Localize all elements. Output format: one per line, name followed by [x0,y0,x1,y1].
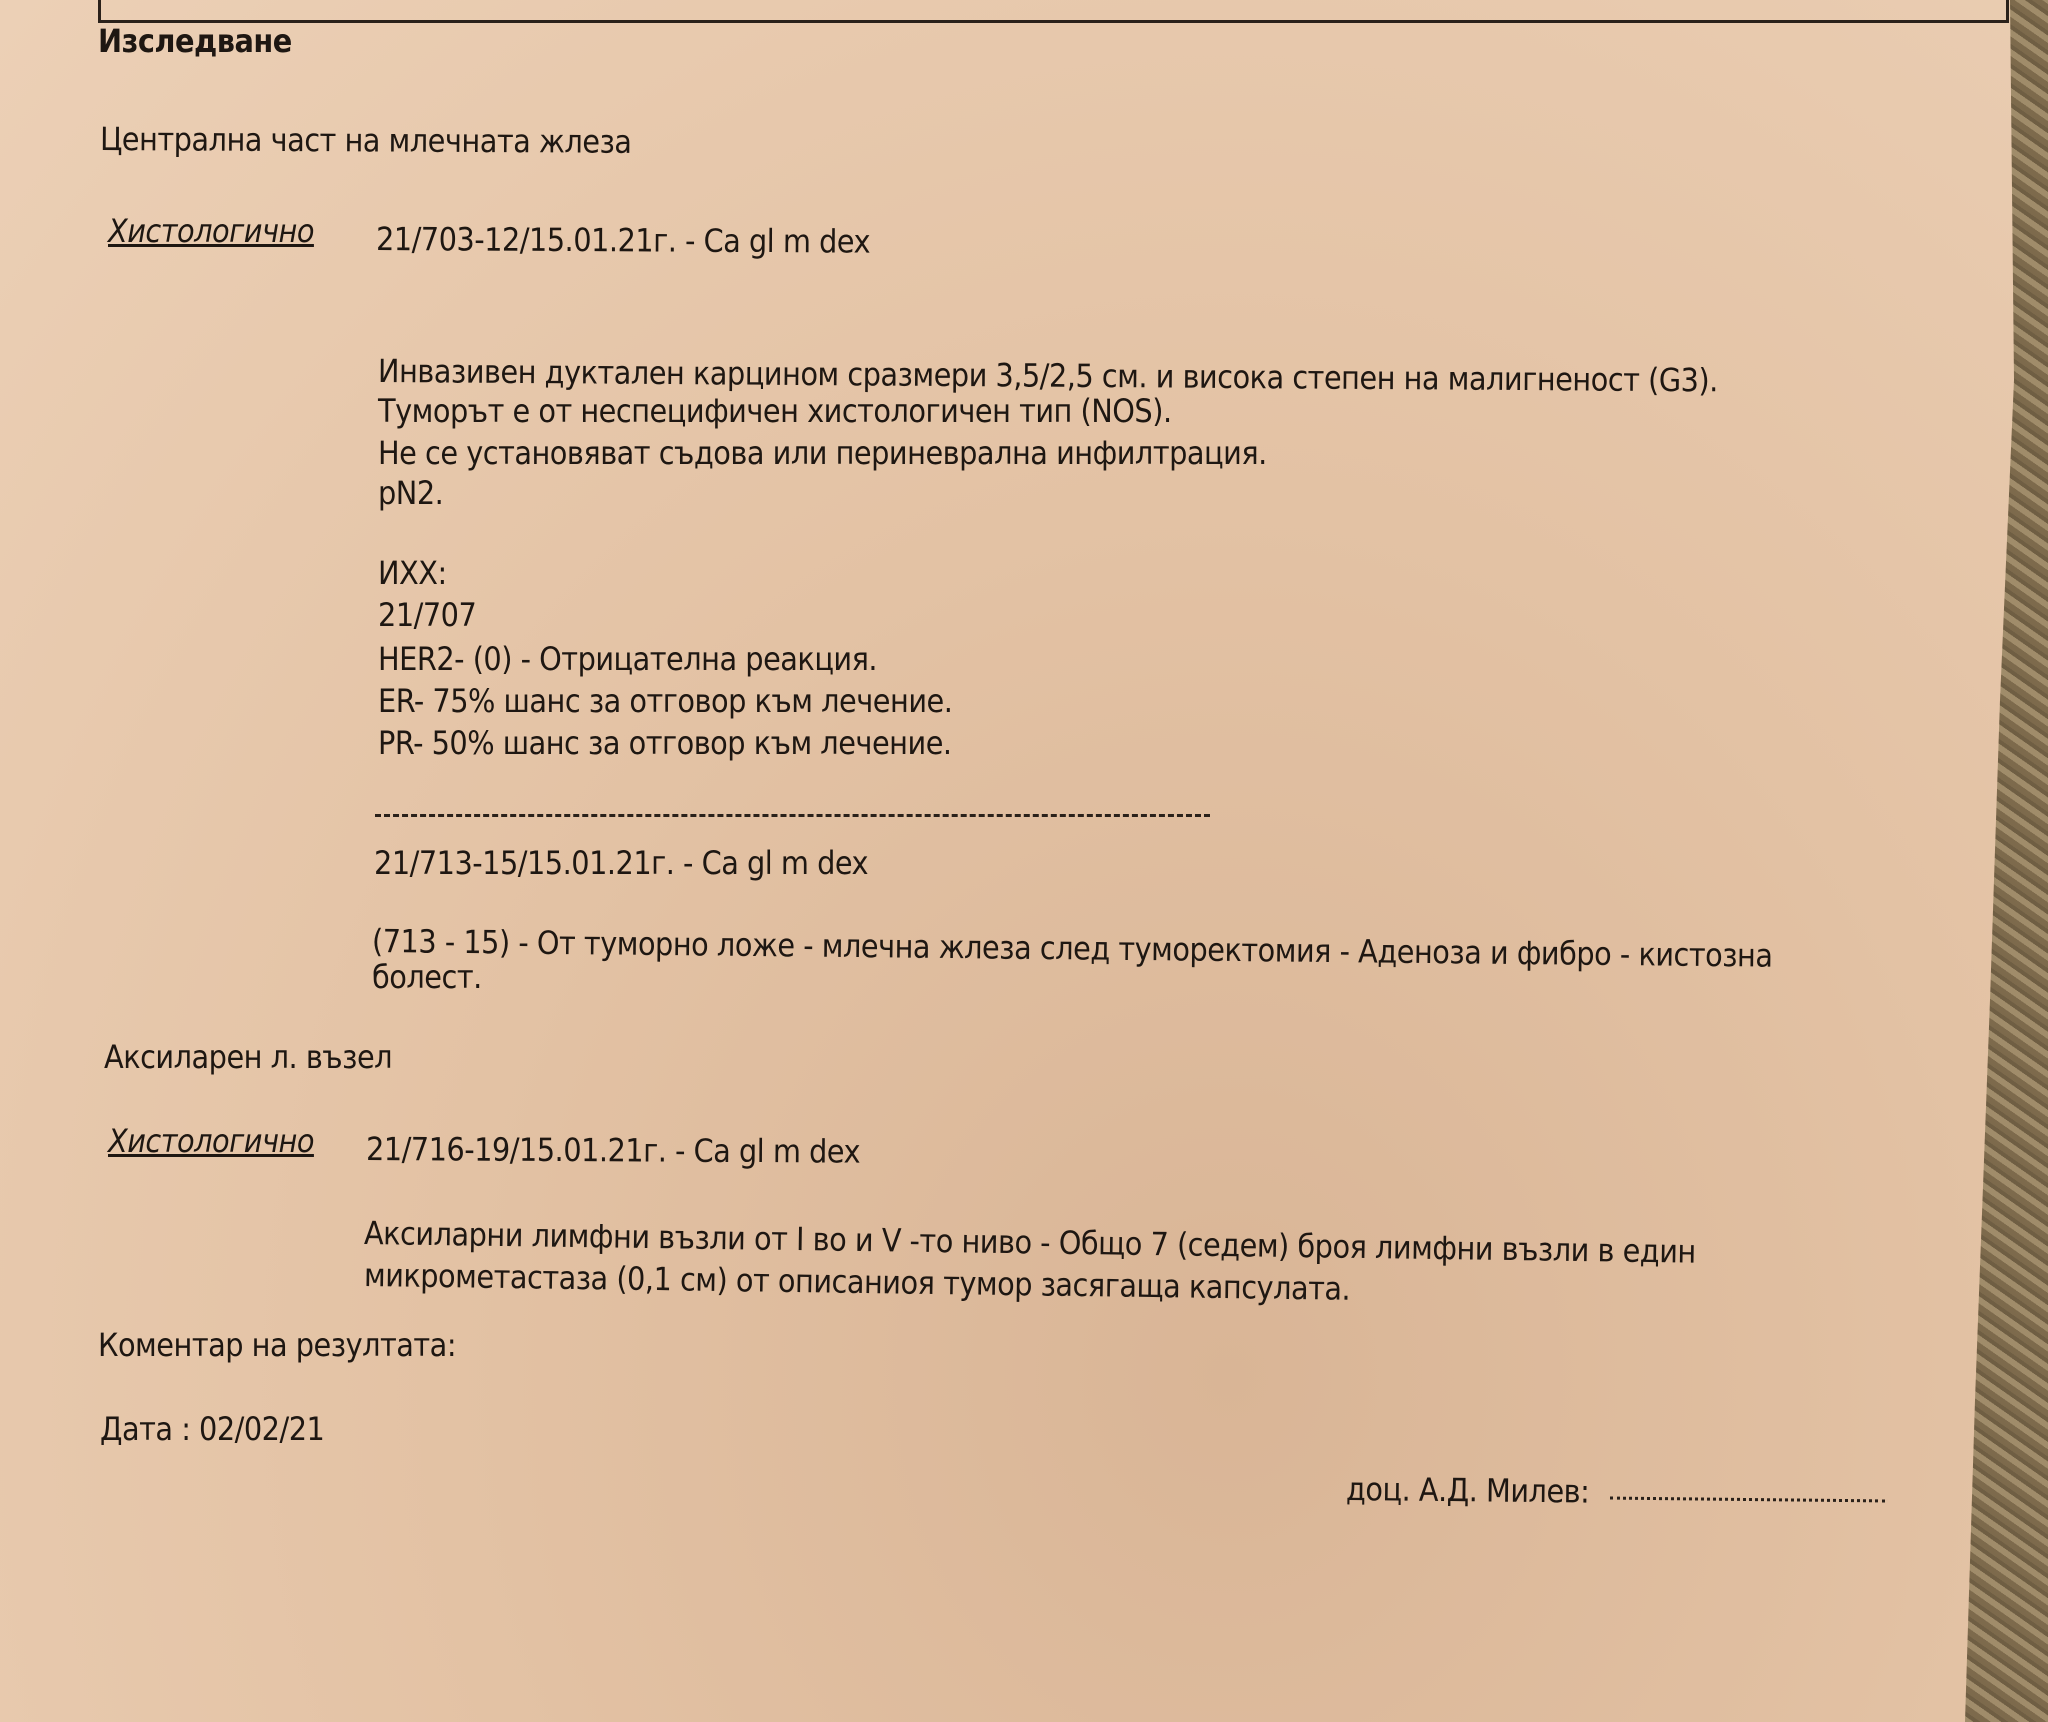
reference-1: 21/703-12/15.01.21г. - Ca gl m dex [376,220,870,261]
finding-2-line-1: (713 - 15) - От туморно ложе - млечна жл… [372,922,1773,975]
histology-label-1: Хистологично [108,212,314,250]
specimen-axillary: Аксиларен л. възел [104,1038,392,1076]
signature-name: доц. А.Д. Милев: [1346,1470,1590,1511]
finding-2-line-2: болест. [372,958,482,996]
ihc-er: ER- 75% шанс за отговор към лечение. [378,682,952,720]
header-box-edge [98,0,2009,23]
finding-1-line-2: Туморът е от неспецифичен хистологичен т… [378,392,1172,430]
section-title: Изследване [98,22,292,60]
specimen-central: Централна част на млечната жлеза [100,120,632,161]
reference-2: 21/713-15/15.01.21г. - Ca gl m dex [374,844,868,882]
document-page: Изследване Централна част на млечната жл… [0,0,2048,1722]
finding-1-line-3: Не се установяват съдова или периневралн… [378,434,1267,472]
ihc-her2: HER2- (0) - Отрицателна реакция. [378,640,877,678]
ihc-heading: ИХХ: [378,554,447,592]
ihc-ref: 21/707 [378,596,476,634]
divider [375,814,1210,817]
reference-3: 21/716-19/15.01.21г. - Ca gl m dex [366,1130,860,1171]
comment-label: Коментар на резултата: [98,1326,456,1364]
ihc-pr: PR- 50% шанс за отговор към лечение. [378,724,952,762]
finding-3-line-2: микрометастаза (0,1 см) от описаниоя тум… [364,1256,1351,1308]
histology-label-2: Хистологично [108,1122,314,1160]
date-label: Дата : 02/02/21 [100,1410,324,1448]
signature-line [1610,1497,1885,1503]
finding-1-line-4: pN2. [378,474,443,512]
